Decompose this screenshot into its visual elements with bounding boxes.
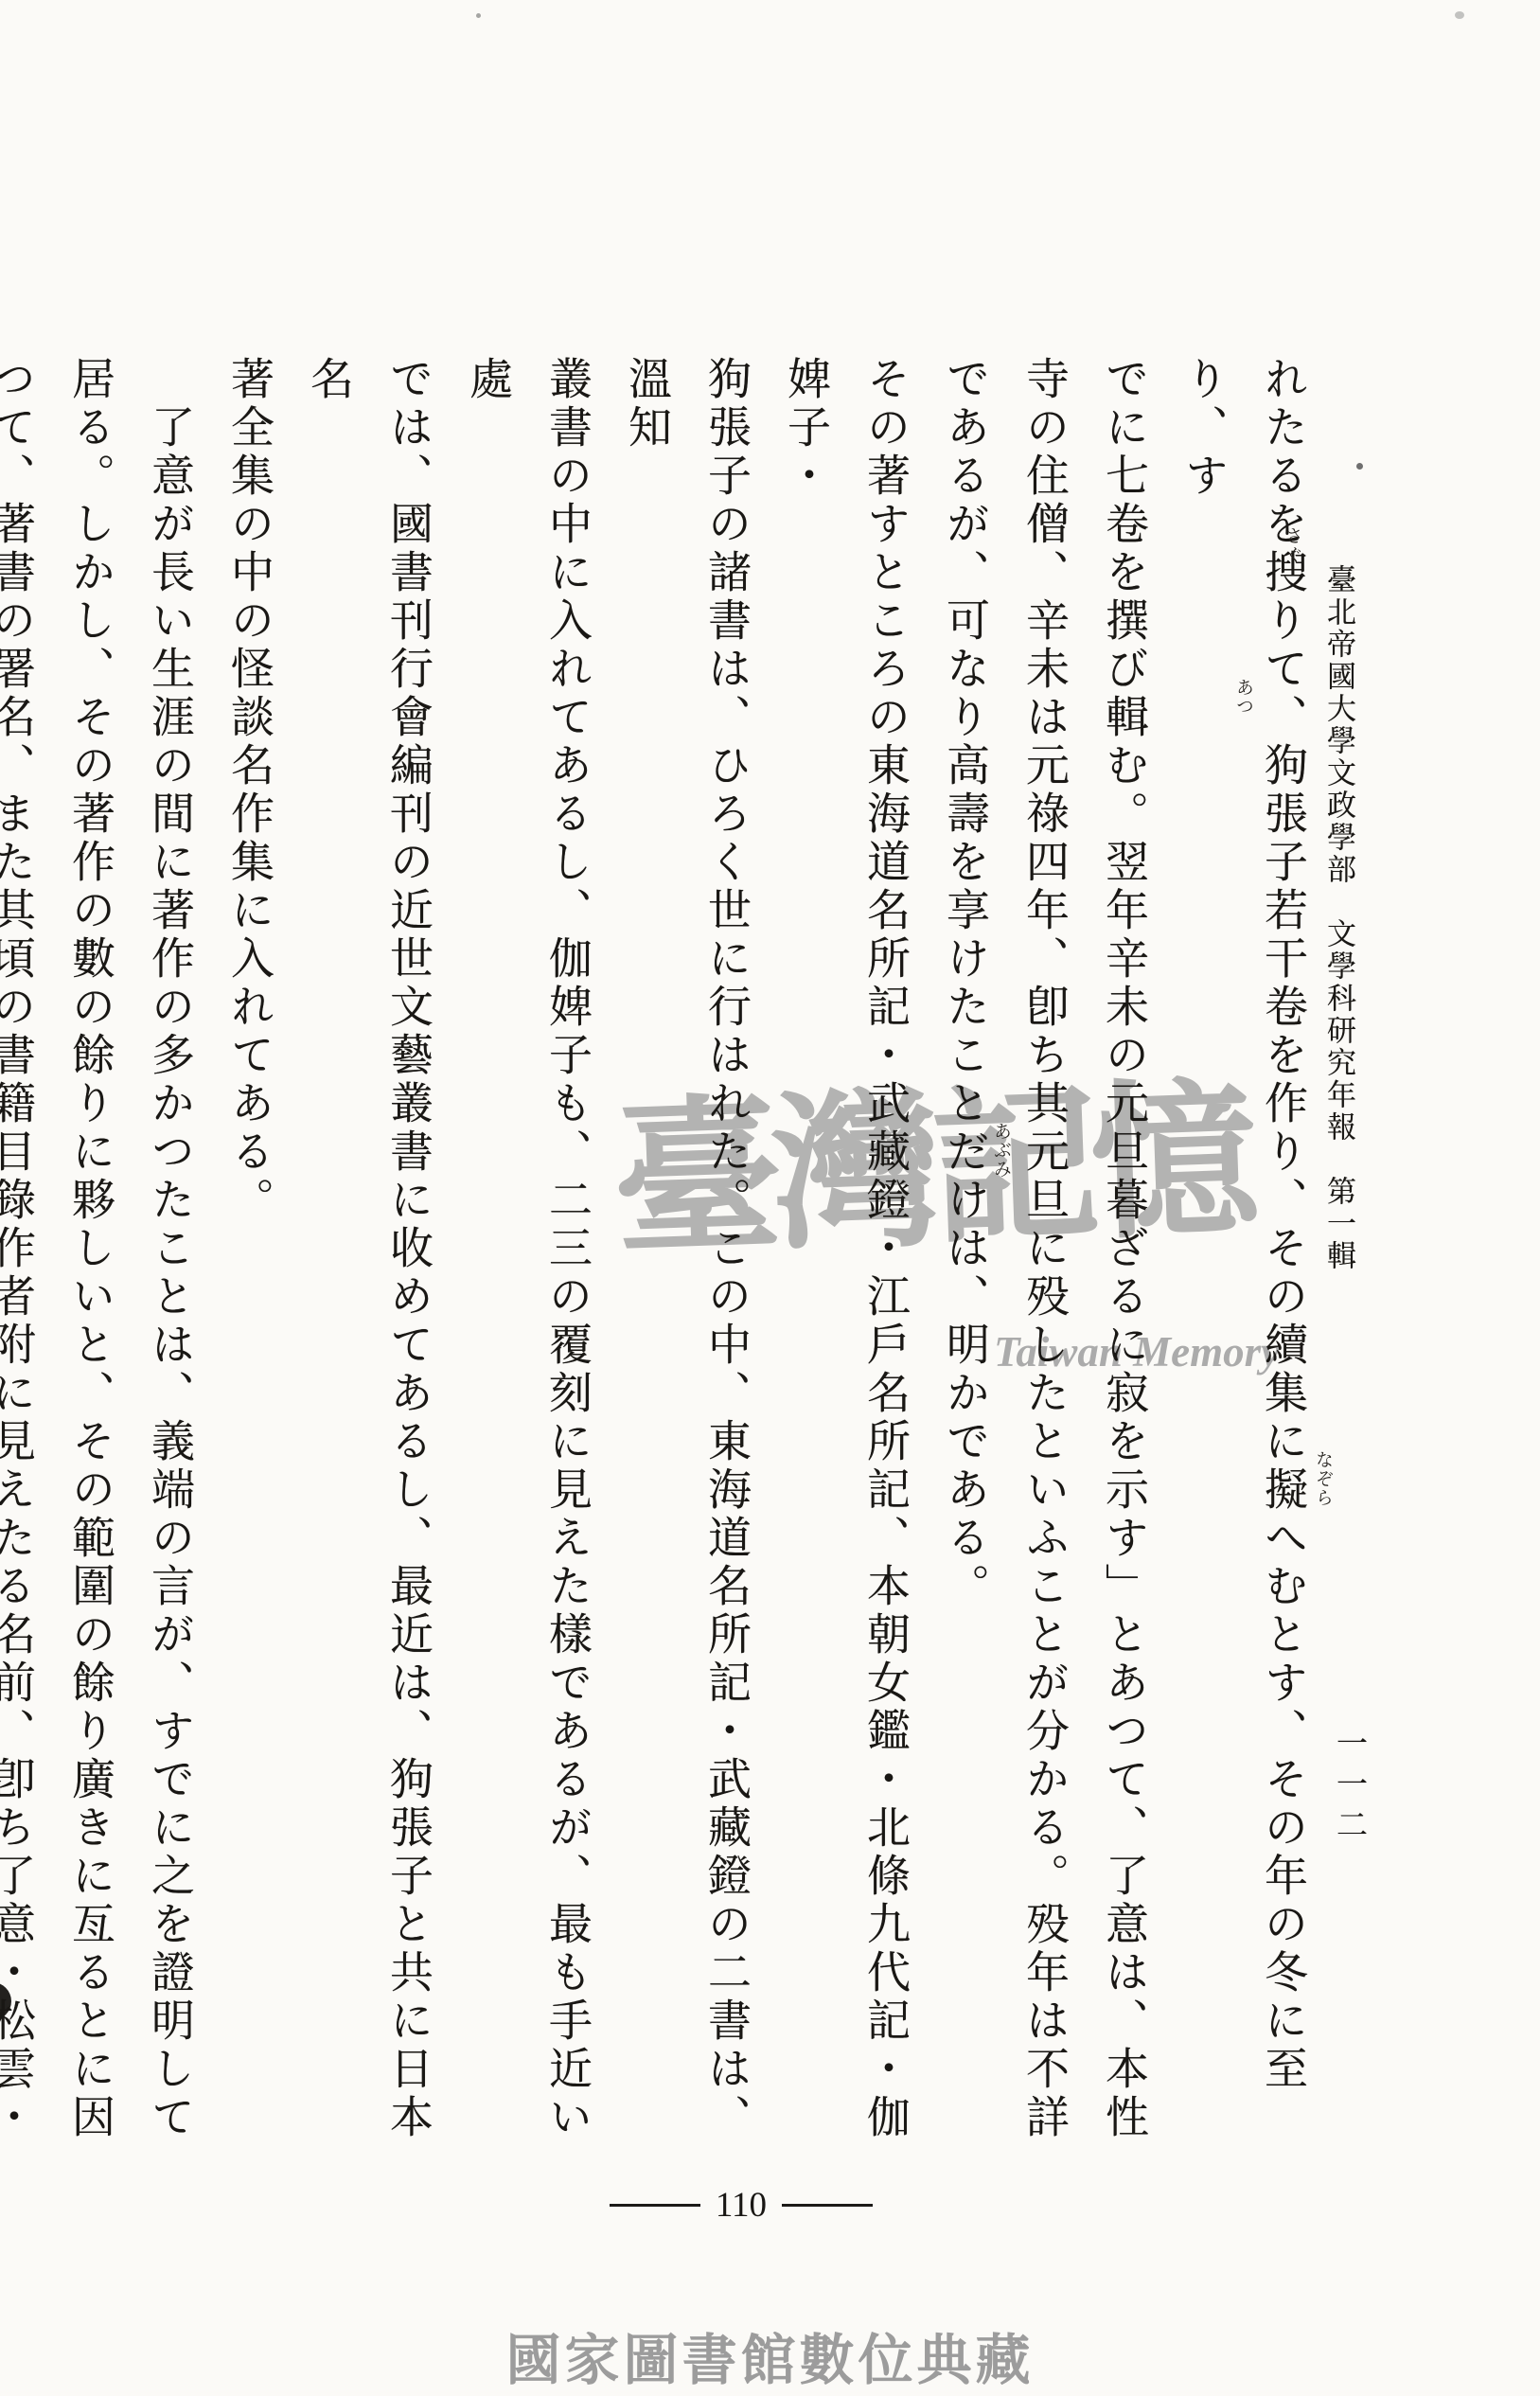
text-column-10: 了意が長い生涯の間に著作の多かつたことは、義端の言が、すでに之を證明して (130, 356, 209, 2164)
footer-rule-right (782, 2204, 873, 2207)
furigana-nazora: なぞら (1310, 1450, 1336, 1507)
scan-speck (1455, 11, 1464, 19)
scan-speck (1356, 463, 1363, 470)
text-column-12: つて、著書の署名、また其頃の書籍目錄作者附に見えたる名前、卽ち了意・松雲・淺井了 (0, 356, 50, 2164)
furigana-atsu: あつ (1230, 678, 1256, 716)
text-column-7: 叢書の中に入れてあるし、伽婢子も、二三の覆刻に見えた樣であるが、最も手近い處 (448, 356, 607, 2164)
page-number-vertical: 一一二 (1327, 1727, 1372, 1849)
text-column-9: 著全集の中の怪談名作集に入れてある。 (209, 356, 289, 2164)
text-column-2: でに七卷を撰び輯む。翌年辛未の元旦暮ざるに寂を示す」とあつて、了意は、本性 (1084, 356, 1163, 2164)
text-column-5: その著すところの東海道名所記・武藏鐙・江戶名所記、本朝女鑑・北條九代記・伽婢子・ (766, 356, 925, 2164)
footer-page-number-value: 110 (716, 2185, 767, 2226)
footer-rule-left (610, 2204, 700, 2207)
text-column-8: では、國書刊行會編刊の近世文藝叢書に收めてあるし、最近は、狗張子と共に日本名 (289, 356, 448, 2164)
furigana-sagu: さぐ (1280, 526, 1305, 564)
scan-speck (476, 13, 481, 18)
text-column-11: 居る。しかし、その著作の數の餘りに夥しいと、その範圍の餘り廣きに亙るとに因 (50, 356, 130, 2164)
footer-page-number: 110 (575, 2185, 907, 2226)
national-library-watermark: 國家圖書館數位典藏 (0, 2316, 1540, 2395)
text-column-3: 寺の住僧、辛未は元祿四年、卽ち其元旦に殁したといふことが分かる。殁年は不詳 (1004, 356, 1084, 2164)
text-column-6: 狗張子の諸書は、ひろく世に行はれた。この中、東海道名所記・武藏鐙の二書は、溫知 (607, 356, 766, 2164)
body-text-block: れたるを搜りて、狗張子若干卷を作り、その續集に擬へむとす、その年の冬に至り、すで… (128, 356, 1322, 2164)
text-column-1: れたるを搜りて、狗張子若干卷を作り、その續集に擬へむとす、その年の冬に至り、す (1163, 356, 1322, 2164)
running-title: 臺北帝國大學文政學部 文學科研究年報 第一輯 (1318, 564, 1360, 1272)
scanned-document-page: 臺灣記憶 Taiwan Memory 國家圖書館數位典藏 臺北帝國大學文政學部 … (0, 0, 1540, 2396)
furigana-abumi: あぶみ (988, 1122, 1014, 1179)
text-column-4: であるが、可なり高壽を享けたことだけは、明かである。 (925, 356, 1004, 2164)
